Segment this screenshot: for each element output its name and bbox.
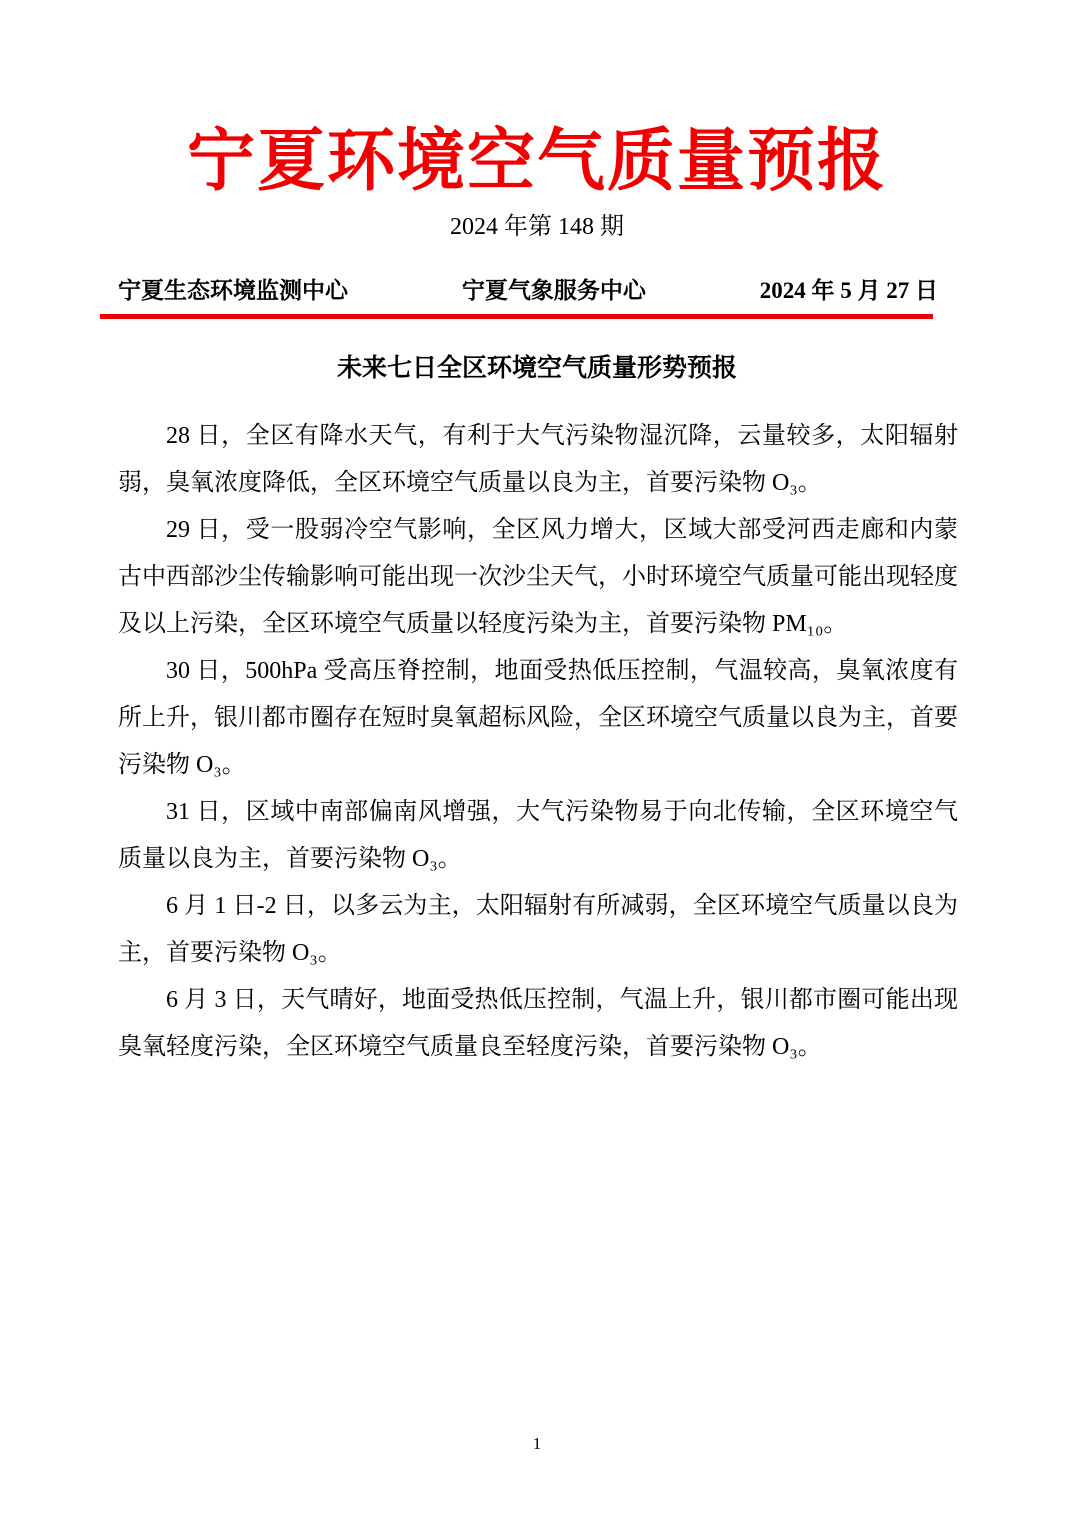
page-number: 1 <box>0 1434 1074 1454</box>
forecast-body: 28 日，全区有降水天气，有利于大气污染物湿沉降，云量较多，太阳辐射弱，臭氧浓度… <box>118 413 958 1071</box>
section-title: 未来七日全区环境空气质量形势预报 <box>0 353 1074 386</box>
issue-date: 2024 年 5 月 27 日 <box>760 272 938 305</box>
forecast-paragraph-day30: 30 日，500hPa 受高压脊控制，地面受热低压控制，气温较高，臭氧浓度有所上… <box>118 648 958 789</box>
org-monitoring-center: 宁夏生态环境监测中心 <box>118 272 348 305</box>
document-title: 宁夏环境空气质量预报 <box>0 0 1074 199</box>
forecast-paragraph-day29: 29 日，受一股弱冷空气影响，全区风力增大，区域大部受河西走廊和内蒙古中西部沙尘… <box>118 507 958 648</box>
forecast-paragraph-jun3: 6 月 3 日，天气晴好，地面受热低压控制，气温上升，银川都市圈可能出现臭氧轻度… <box>118 977 958 1071</box>
org-weather-center: 宁夏气象服务中心 <box>462 272 646 305</box>
forecast-paragraph-day31: 31 日，区域中南部偏南风增强，大气污染物易于向北传输，全区环境空气质量以良为主… <box>118 789 958 883</box>
document-page: 宁夏环境空气质量预报 2024 年第 148 期 宁夏生态环境监测中心 宁夏气象… <box>0 0 1074 1520</box>
forecast-paragraph-jun1-2: 6 月 1 日-2 日，以多云为主，太阳辐射有所减弱，全区环境空气质量以良为主，… <box>118 883 958 977</box>
header-row: 宁夏生态环境监测中心 宁夏气象服务中心 2024 年 5 月 27 日 <box>118 272 938 305</box>
issue-number: 2024 年第 148 期 <box>0 213 1074 242</box>
forecast-paragraph-day28: 28 日，全区有降水天气，有利于大气污染物湿沉降，云量较多，太阳辐射弱，臭氧浓度… <box>118 413 958 507</box>
red-divider <box>100 314 933 319</box>
